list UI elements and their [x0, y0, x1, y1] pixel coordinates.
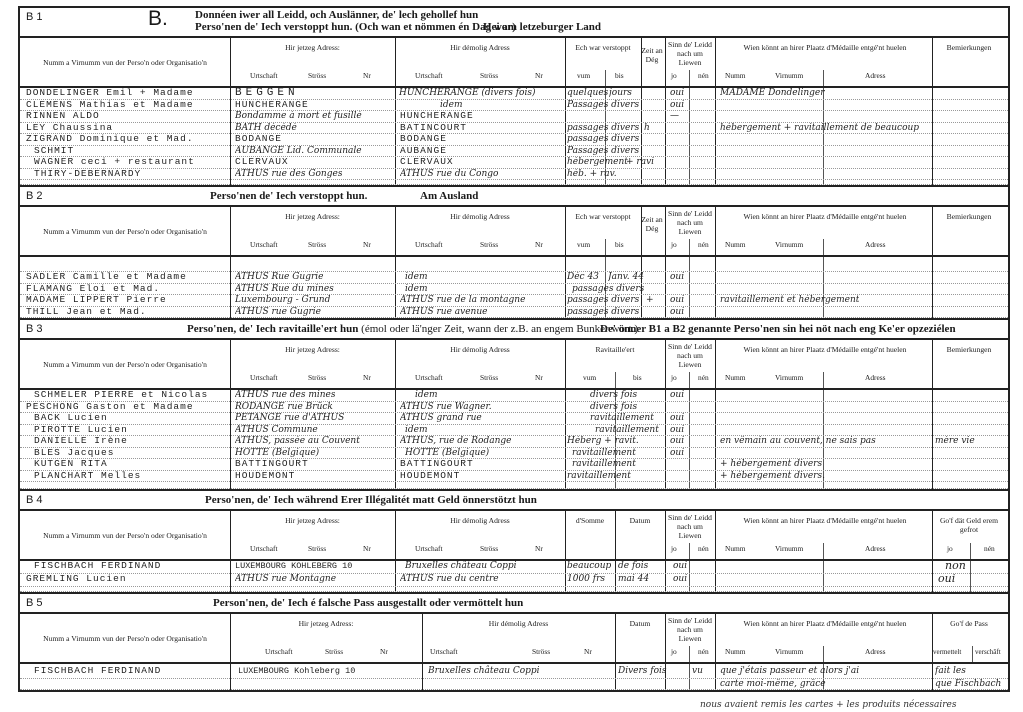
table-row: THILL Jean et Mad. ATHUS rue Gugrie ATHU… [20, 307, 1008, 319]
header-medal: Wien könnt an hirer Plaatz d'Médaille en… [715, 38, 933, 86]
header-old-address: Hir démolig Adress UrtschaftStrössNr [395, 38, 566, 86]
table-row: CLEMENS Mathias et Madame HUNCHERANGE id… [20, 100, 1008, 112]
section-b4: B 4 Perso'nen, de' Iech während Erer Ill… [20, 491, 1008, 594]
table-body: DONDELINGER Emil + Madame BEGGEN HUNCHER… [20, 88, 1008, 185]
table-row: SCHMELER PIERRE et Nicolas ATHUS rue des… [20, 390, 1008, 402]
section-title: Perso'nen de' Iech verstoppt hun. [210, 190, 367, 202]
table-header: Numm a Virnumm vun der Perso'n oder Orga… [20, 511, 1008, 561]
section-code: B 1 [26, 11, 43, 23]
form-letter-b: B. [148, 7, 168, 31]
table-header: Numm a Virnumm vun der Perso'n oder Orga… [20, 614, 1008, 664]
section-b3-title: B 3 Perso'nen, de' Iech ravitaille'ert h… [20, 320, 1008, 340]
header-hidden: Ech war verstoppt vumbis [565, 38, 642, 86]
table-row: FLAMANG Eloi et Mad. ATHUS Rue du mines … [20, 284, 1008, 296]
table-body: SADLER Camille et Madame ATHUS Rue Gugri… [20, 257, 1008, 318]
header-current-address: Hir jetzeg Adress: UrtschaftStrössNr [230, 38, 396, 86]
table-header: Numm a Virnumm vun der Perso'n oder Orga… [20, 340, 1008, 390]
section-title-line1: Donnéen iwer all Leidd, och Auslänner, d… [195, 9, 478, 21]
header-remarks: Bemierkungen [932, 38, 1006, 86]
table-row: FISCHBACH FERDINAND LUXEMBOURG Kohleberg… [20, 664, 1008, 679]
table-row: LEY Chaussina BATH décédé BATINCOURT pas… [20, 123, 1008, 135]
table-row: SADLER Camille et Madame ATHUS Rue Gugri… [20, 272, 1008, 284]
table-body: FISCHBACH FERDINAND LUXEMBOURG KOHLEBERG… [20, 561, 1008, 592]
section-b2: B 2 Perso'nen de' Iech verstoppt hun. Am… [20, 187, 1008, 320]
section-b5: B 5 Person'nen, de' Iech é falsche Pass … [20, 594, 1008, 692]
table-row: PESCHONG Gaston et Madame RODANGE rue Br… [20, 402, 1008, 414]
table-row: FISCHBACH FERDINAND LUXEMBOURG KOHLEBERG… [20, 561, 1008, 574]
table-row: GREMLING Lucien ATHUS rue Montagne ATHUS… [20, 574, 1008, 587]
table-body: FISCHBACH FERDINAND LUXEMBOURG Kohleberg… [20, 664, 1008, 690]
table-row: BACK Lucien PETANGE rue d'ATHUS ATHUS gr… [20, 413, 1008, 425]
table-row: DONDELINGER Emil + Madame BEGGEN HUNCHER… [20, 88, 1008, 100]
resistance-form-sheet: B 1 B. Donnéen iwer all Leidd, och Auslä… [18, 6, 1010, 692]
section-title-extra: Am Ausland [420, 190, 478, 202]
section-b5-title: B 5 Person'nen, de' Iech é falsche Pass … [20, 594, 1008, 614]
section-title-extra: De' önner B1 a B2 genannte Perso'nen sin… [600, 323, 956, 335]
section-title: Perso'nen, de' Iech ravitaille'ert hun (… [187, 323, 638, 335]
section-title-extra: Hei am letzeburger Land [483, 21, 601, 33]
table-header: Numm a Virnumm vun der Perso'n oder Orga… [20, 207, 1008, 257]
table-row: RINNEN ALDO Bondamme à mort et fusillé H… [20, 111, 1008, 123]
section-b1-title: B 1 B. Donnéen iwer all Leidd, och Auslä… [20, 8, 1008, 38]
section-b4-title: B 4 Perso'nen, de' Iech während Erer Ill… [20, 491, 1008, 511]
section-title-line2: Perso'nen de' Iech verstoppt hun. (Och w… [195, 21, 516, 33]
table-row: KUTGEN RITA BATTINGOURT BATTINGOURT ravi… [20, 459, 1008, 471]
section-title: Perso'nen, de' Iech während Erer Illégal… [205, 494, 537, 506]
table-row: BLES Jacques HOTTE (Belgique) HOTTE (Bel… [20, 448, 1008, 460]
table-row: PLANCHART Melles HOUDEMONT HOUDEMONT rav… [20, 471, 1008, 483]
header-alive: Sinn de' Leidd nach um Liewen jonén [665, 38, 716, 86]
section-b3: B 3 Perso'nen, de' Iech ravitaille'ert h… [20, 320, 1008, 491]
table-row: carte moi-même, grâce que Fischbach [20, 679, 1008, 690]
table-row: ZIGRAND Dominique et Mad. BODANGE BODANG… [20, 134, 1008, 146]
table-row: THIRY-DEBERNARDY ATHUS rue des Gonges AT… [20, 169, 1008, 181]
table-row: WAGNER ceci + restaurant CLERVAUX CLERVA… [20, 157, 1008, 169]
handwritten-footnote: nous avaient remis les cartes + les prod… [700, 700, 956, 710]
table-header: Numm a Virnumm vun der Perso'n oder Orga… [20, 38, 1008, 88]
section-title: Person'nen, de' Iech é falsche Pass ausg… [213, 597, 523, 609]
section-b2-title: B 2 Perso'nen de' Iech verstoppt hun. Am… [20, 187, 1008, 207]
table-body: SCHMELER PIERRE et Nicolas ATHUS rue des… [20, 390, 1008, 489]
header-name: Numm a Virnumm vun der Perso'n oder Orga… [20, 38, 231, 86]
table-row: SCHMIT AUBANGE Lid. Communale AUBANGE Pa… [20, 146, 1008, 158]
table-row: DANIELLE Irène ATHUS, passée au Couvent … [20, 436, 1008, 448]
table-row: PIROTTE Lucien ATHUS Commune idem ravita… [20, 425, 1008, 437]
header-zeit: Zeit an Dég [641, 38, 666, 86]
table-row: MADAME LIPPERT Pierre Luxembourg - Grund… [20, 295, 1008, 307]
section-b1: B 1 B. Donnéen iwer all Leidd, och Auslä… [20, 8, 1008, 187]
